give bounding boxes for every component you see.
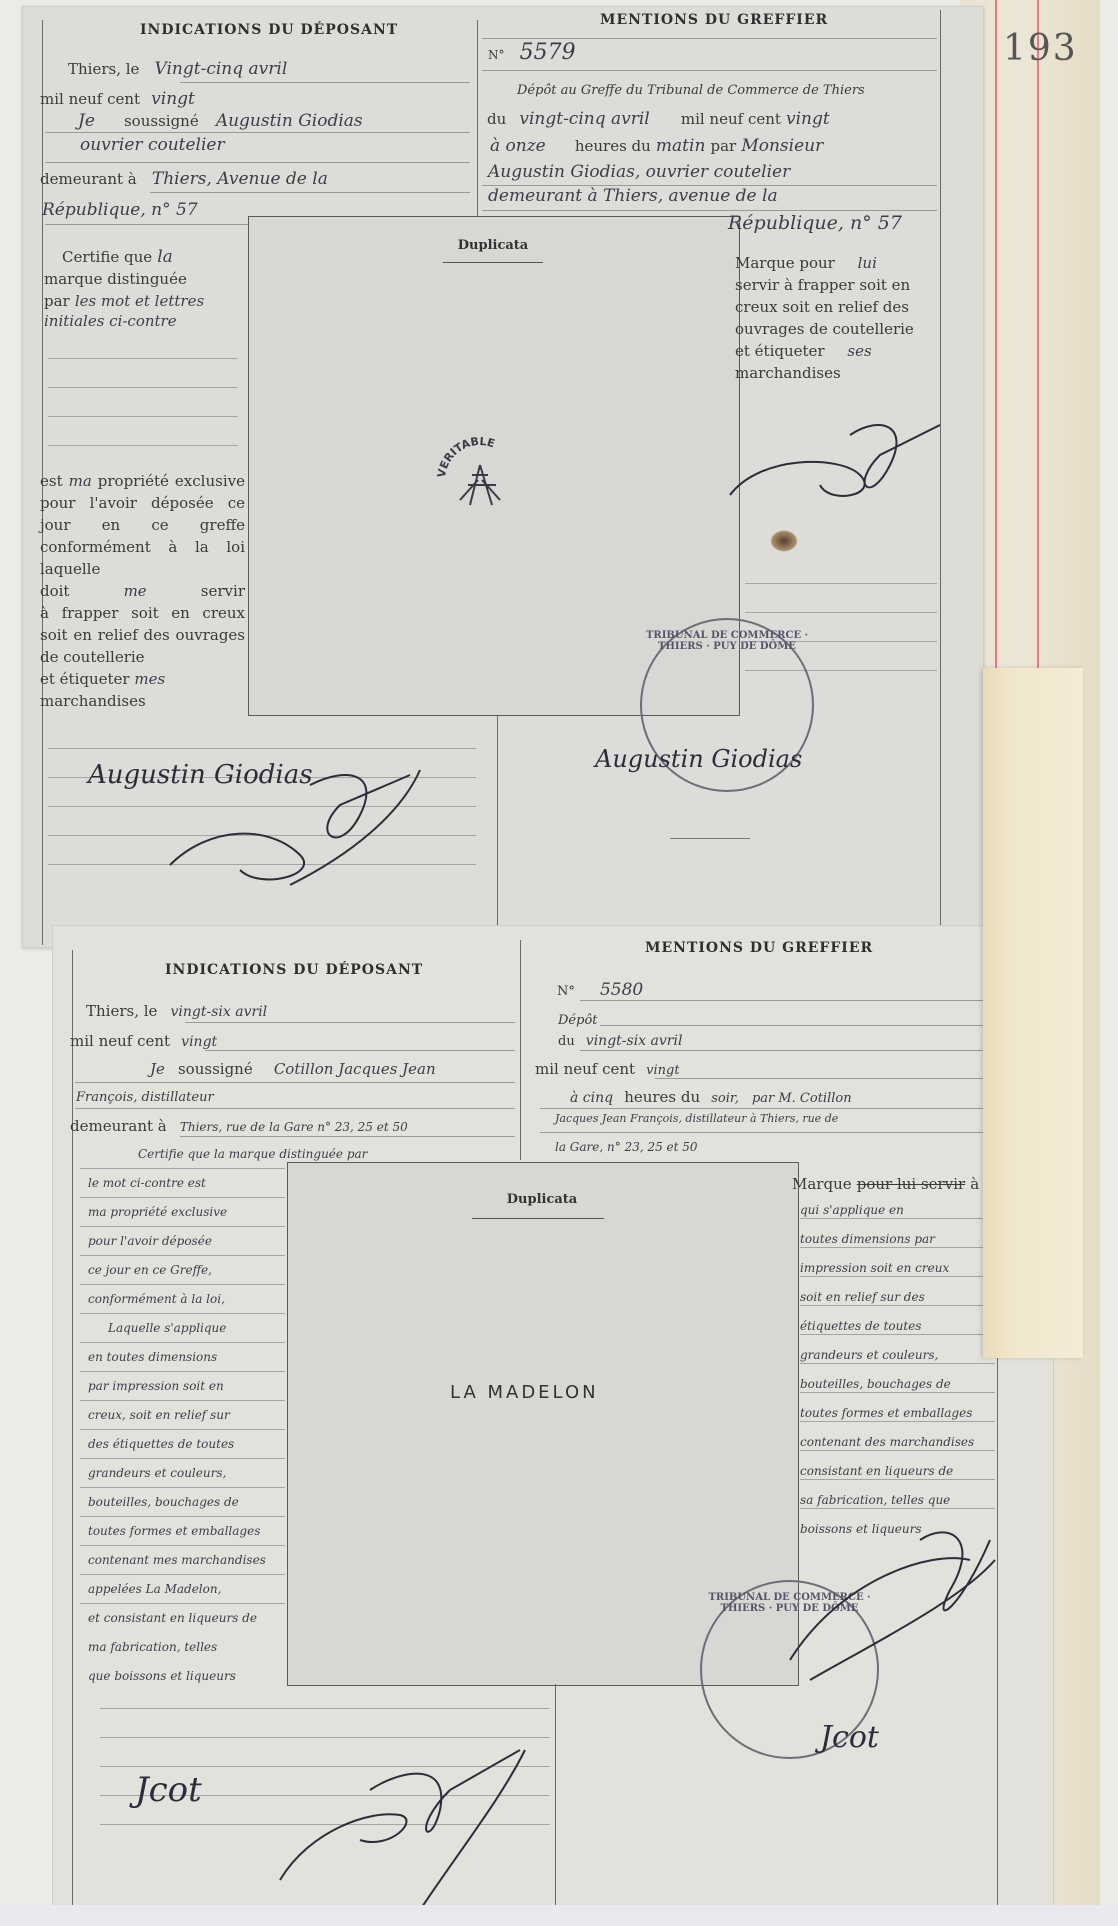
year-label: mil neuf cent [70,1032,170,1050]
form-rule [482,38,937,39]
paraph-icon-2 [250,1740,530,1920]
year-handwritten: vingt [786,109,830,129]
column-divider [520,940,521,1160]
page-number: 193 [1003,28,1078,69]
body-line: bouteilles, bouchages de [800,1370,995,1399]
depositor-name: Cotillon Jacques Jean [274,1060,436,1078]
depositor-header-2: INDICATIONS DU DÉPOSANT [165,962,423,978]
place-label: Thiers, le [68,60,139,78]
by-label: par [711,137,737,155]
form-rule [205,1050,515,1051]
date-line-2: Thiers, le vingt-six avril [86,1000,267,1022]
body-line: grandeurs et couleurs, [800,1341,995,1370]
body-line: consistant en liqueurs de [800,1457,995,1486]
year-label: mil neuf cent [681,110,781,128]
body-line: toutes dimensions par [800,1225,995,1254]
je-handwritten: Je [150,1060,165,1078]
form-rule [180,82,470,83]
je-handwritten: Je [78,111,95,131]
label-handwritten: ses [847,342,871,360]
date-handwritten: vingt-six avril [171,1004,268,1020]
year-label: mil neuf cent [40,90,140,108]
form-rule [655,1078,990,1079]
form-rule [540,1132,990,1133]
form-rule [150,192,470,193]
address-handwritten: Thiers, rue de la Gare n° 23, 25 et 50 [180,1120,408,1134]
of-label: du [558,1034,575,1049]
goods-label: marchandises [735,362,935,384]
number-label: N° [557,984,575,999]
label-label: et étiqueter [735,342,825,360]
form-rule [580,1050,990,1051]
clerk-header: MENTIONS DU GREFFIER [600,12,828,28]
form-rule [670,838,750,839]
label-label: et étiqueter [40,670,130,688]
year-handwritten: vingt [646,1063,679,1078]
duplicata-title-2: Duplicata [287,1192,797,1207]
column-divider [497,715,498,945]
body-line: soit en relief sur des [800,1283,995,1312]
title-underline [443,262,543,263]
svg-text:VERITABLE: VERITABLE [435,435,496,479]
goods-label: marchandises [40,690,245,712]
must-label: doit [40,580,69,602]
by-handwritten-3: la Gare, n° 23, 25 et 50 [555,1140,698,1154]
mark-for-handwritten: lui [858,254,877,272]
hour-label: heures du [624,1088,700,1106]
by-handwritten: par M. Cotillon [752,1091,852,1106]
year-line: mil neuf cent vingt [40,88,195,110]
body-line: contenant des marchandises [800,1428,995,1457]
duplicata-title: Duplicata [248,238,738,253]
year-line-2: mil neuf cent vingt [70,1030,217,1052]
depositor-name: Augustin Giodias [216,111,363,131]
deposit-date-line: du vingt-cinq avril mil neuf cent vingt [487,108,937,130]
body-line: toutes formes et emballages [800,1399,995,1428]
paraph-icon [150,755,430,895]
loose-paper-slip [983,668,1083,1358]
address-label: demeurant à [40,170,137,188]
year-handwritten: vingt [151,89,195,109]
deposit-date: vingt-six avril [586,1033,683,1049]
form-rule [75,1082,515,1083]
by-handwritten-4: République, n° 57 [728,212,902,234]
deposit-label: Dépôt [558,1010,598,1032]
of-label: du [487,110,506,128]
depositor-signature-2: Jcot [135,1770,202,1810]
form-rule [580,1000,990,1001]
hour-handwritten: à onze [490,136,546,156]
form-rule [600,1025,990,1026]
stamp-text: TRIBUNAL DE COMMERCE · THIERS · PUY DE D… [642,630,812,652]
page-edge [0,1905,1118,1926]
form-rule [540,1108,990,1109]
title-underline [472,1218,604,1219]
date-line: Thiers, le Vingt-cinq avril [52,58,472,80]
year-label: mil neuf cent [535,1060,635,1078]
by-handwritten-2: Jacques Jean François, distillateur à Th… [555,1112,838,1125]
form-rule [180,1136,515,1137]
form-rule [185,1022,515,1023]
address-line-2: demeurant à Thiers, rue de la Gare n° 23… [70,1115,408,1137]
clerk-signature: Augustin Giodias [595,745,802,773]
mark-for-label: Marque pour [735,254,835,272]
form-rule [45,162,470,163]
address-line: demeurant à Thiers, Avenue de la [40,168,328,190]
blank-lines [48,330,238,470]
is-handwritten: ma [69,472,92,490]
form-rule [75,1108,515,1109]
year-line-3: mil neuf cent vingt [535,1058,680,1080]
body-line: qui s'applique en [800,1196,995,1225]
hour-period: soir, [711,1091,739,1106]
by-handwritten-3: demeurant à Thiers, avenue de la [488,186,778,206]
date-handwritten: Vingt-cinq avril [155,59,288,79]
undersigned-line: Je soussigné Augustin Giodias [78,110,363,132]
clerk-header-2: MENTIONS DU GREFFIER [645,940,873,956]
undersigned-line-2: Je soussigné Cotillon Jacques Jean [150,1058,436,1080]
form-rule [482,185,937,186]
form-rule [45,132,470,133]
hour-handwritten: à cinq [570,1090,613,1106]
undersigned-label: soussigné [124,112,199,130]
certify-handwritten: la [157,247,173,267]
by-handwritten-2: Augustin Giodias, ouvrier coutelier [488,162,790,182]
place-label: Thiers, le [86,1002,157,1020]
address-handwritten-2: République, n° 57 [42,200,198,220]
left-border [72,950,73,1910]
column-divider [477,20,478,230]
address-label: demeurant à [70,1117,167,1135]
year-handwritten: vingt [181,1034,217,1050]
serve-text: servir à frapper soit en creux soit en r… [735,274,935,340]
body-line: impression soit en creux [800,1254,995,1283]
deposit-text: Dépôt au Greffe du Tribunal de Commerce … [517,80,865,102]
depositor-profession: ouvrier coutelier [80,135,225,155]
number-line: N° 5579 [488,40,576,66]
by-handwritten: Monsieur [741,136,823,156]
form-rule [482,210,937,211]
property-clause: est ma propriété exclusive pour l'avoir … [40,470,245,712]
mark-label: marque distinguée [44,268,244,290]
by-handwritten-2: initiales ci-contre [44,312,244,330]
address-handwritten: Thiers, Avenue de la [152,169,328,189]
body-line: sa fabrication, telles que [800,1486,995,1515]
by-label: par [44,292,70,310]
registration-number: 5580 [600,980,643,1000]
certify-block: Certifie que la marque distinguée par le… [44,246,244,330]
depositor-header: INDICATIONS DU DÉPOSANT [140,22,398,38]
undersigned-label: soussigné [178,1060,253,1078]
deposit-date: vingt-cinq avril [519,109,649,129]
clerk-handwritten-body: qui s'applique en toutes dimensions par … [800,1196,995,1544]
by-handwritten: les mot et lettres [75,292,204,310]
hour-label: heures du [575,137,651,155]
clerk-signature-2: Jcot [820,1720,879,1755]
la-madelon-mark: LA MADELON [450,1382,599,1403]
body-line: étiquettes de toutes [800,1312,995,1341]
is-label: est [40,472,63,490]
hour-line: à onze heures du matin par Monsieur [490,135,940,157]
number-label: N° [488,48,505,62]
column-divider [555,1684,556,1924]
clerk-paraph-icon [720,415,950,515]
label-handwritten: mes [134,670,165,688]
hour-period: matin [656,136,705,156]
form-rule [482,70,937,71]
must-handwritten: me [124,580,147,602]
depositor-profession: François, distillateur [76,1090,214,1105]
certify-label: Certifie que [62,248,152,266]
veritable-mark-icon: VERITABLE [430,425,530,515]
clerk-mark-clause: Marque pour lui servir à frapper soit en… [735,252,935,384]
hour-line-2: à cinq heures du soir, par M. Cotillon [570,1086,1000,1108]
clerk-paraph-icon-2 [780,1520,1000,1700]
ink-stain [770,530,798,552]
registration-number: 5579 [520,40,576,65]
